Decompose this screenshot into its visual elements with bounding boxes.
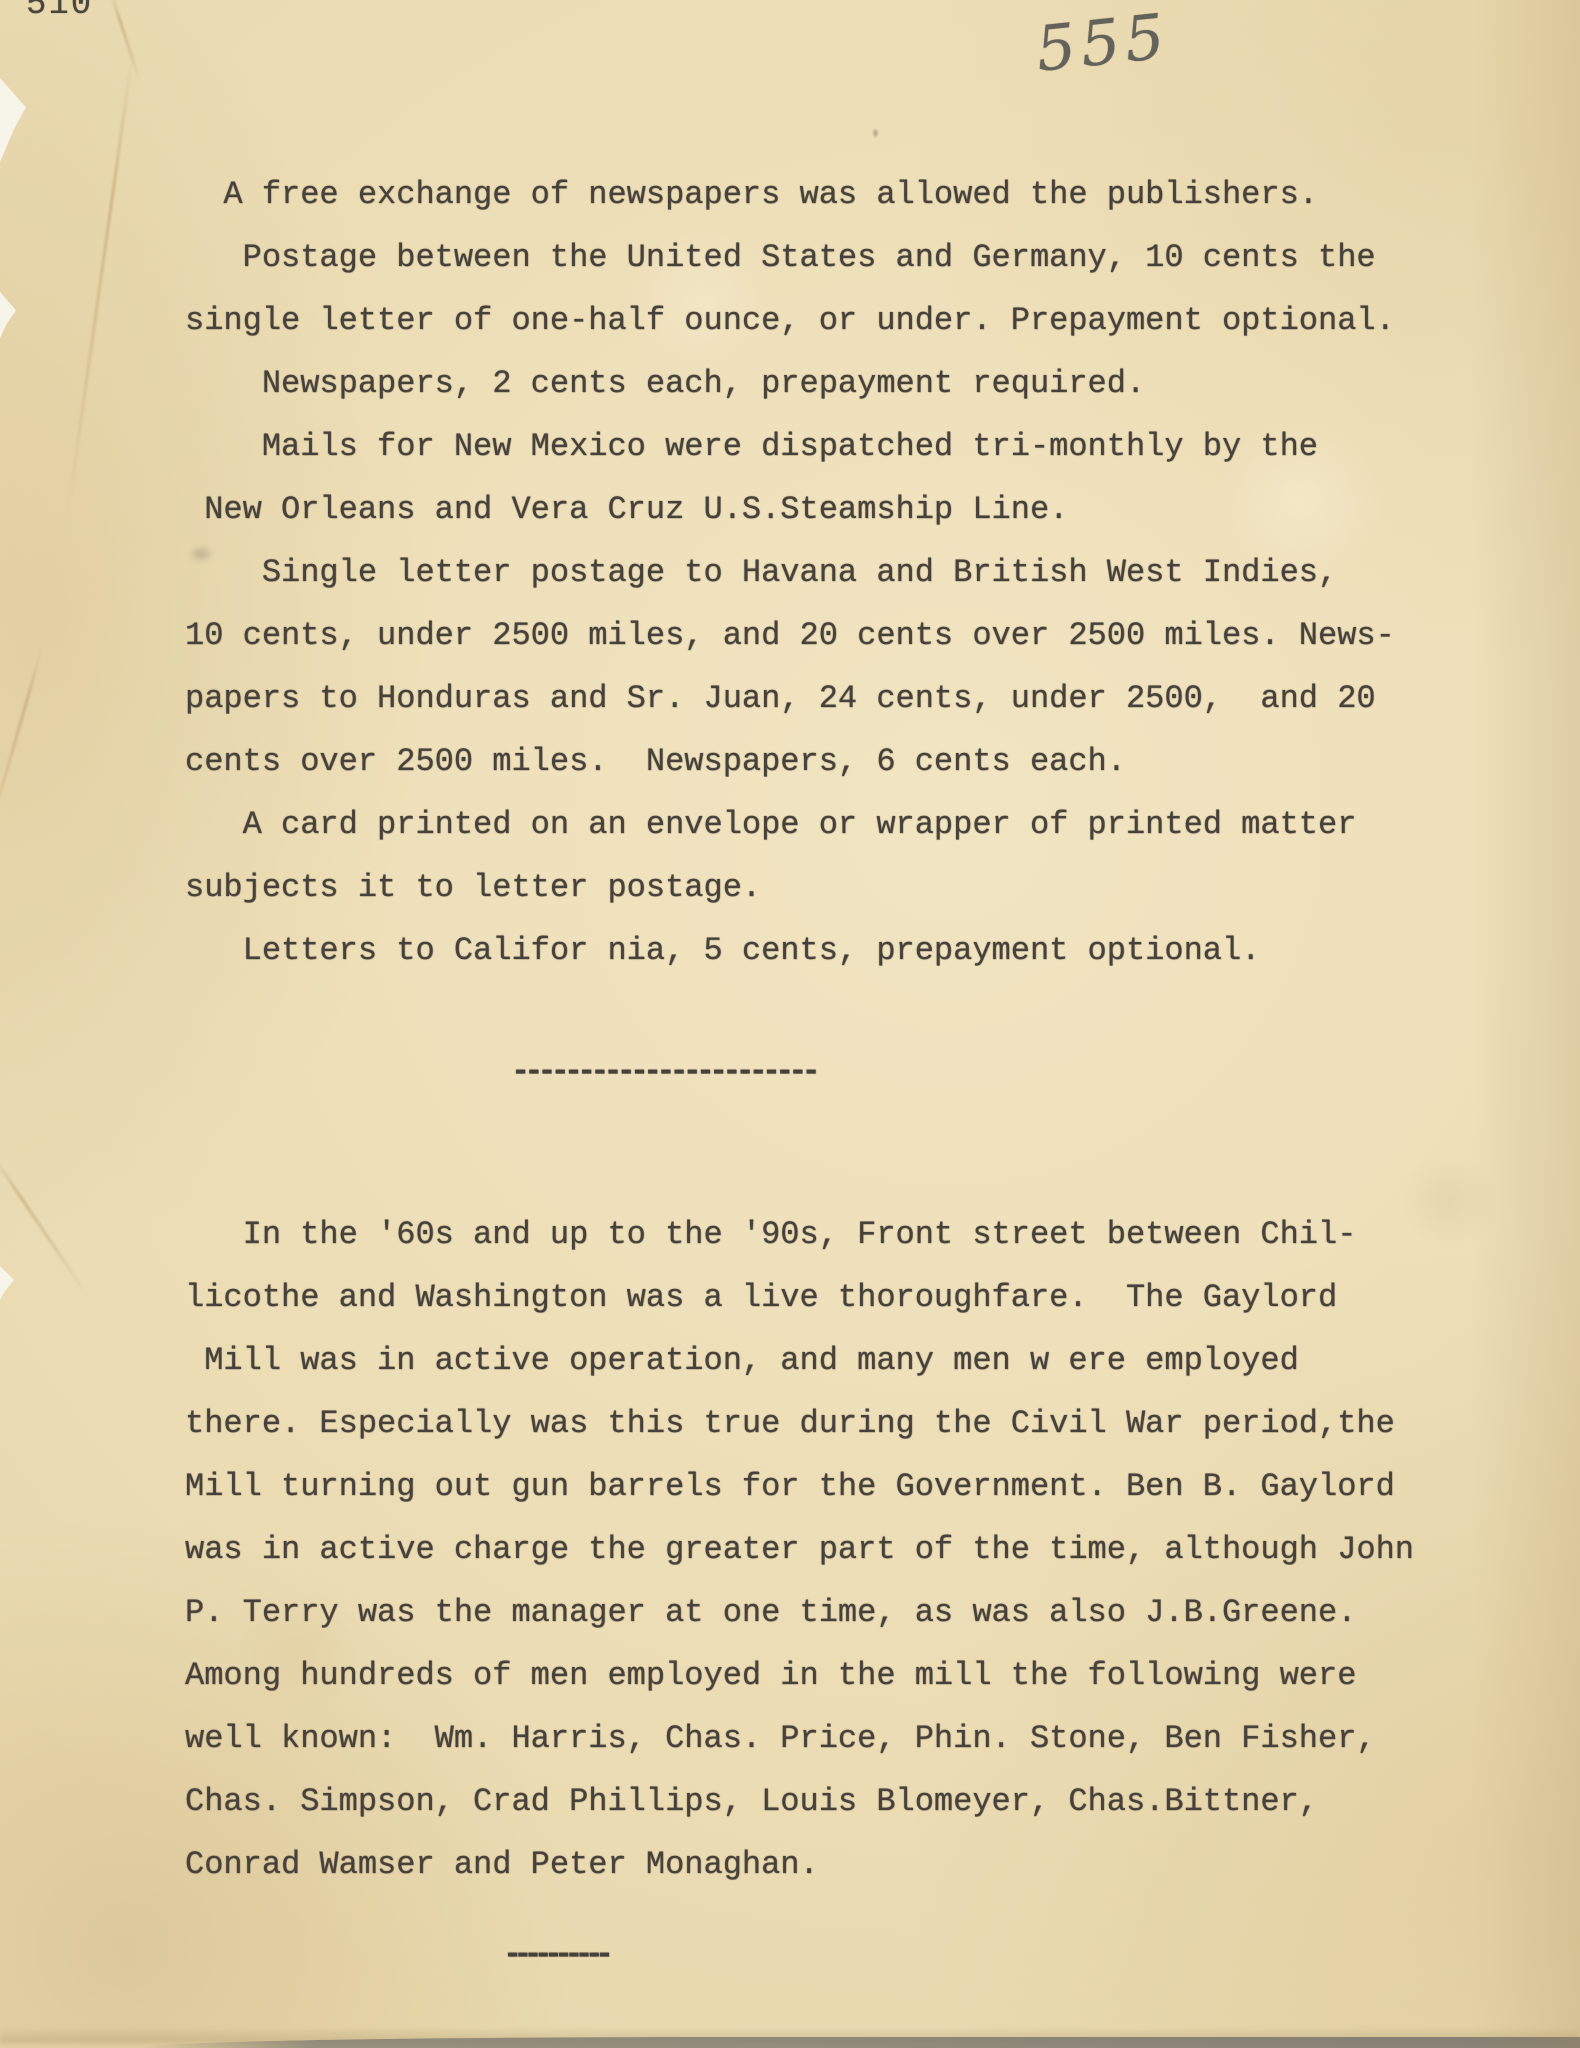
typed-line: A free exchange of newspapers was allowe… xyxy=(185,163,1580,226)
typed-line: Postage between the United States and Ge… xyxy=(185,226,1580,289)
paragraph-postal-rates: A free exchange of newspapers was allowe… xyxy=(185,163,1580,982)
typed-line: Mill was in active operation, and many m… xyxy=(185,1329,1580,1392)
ink-speck xyxy=(872,128,879,138)
typed-line: In the '60s and up to the '90s, Front st… xyxy=(185,1203,1580,1266)
dashed-divider: ----------------------- xyxy=(185,1040,1580,1103)
paper-tear xyxy=(0,78,26,162)
typed-text-column: A free exchange of newspapers was allowe… xyxy=(185,163,1580,1986)
typed-line: Chas. Simpson, Crad Phillips, Louis Blom… xyxy=(185,1770,1580,1833)
paper-crease xyxy=(65,50,135,526)
ink-smudge xyxy=(188,545,214,563)
paper-crease xyxy=(0,1154,88,1297)
paper-crease xyxy=(0,643,45,836)
typed-line: there. Especially was this true during t… xyxy=(185,1392,1580,1455)
typed-line: single letter of one-half ounce, or unde… xyxy=(185,289,1580,352)
typed-line: Mill turning out gun barrels for the Gov… xyxy=(185,1455,1580,1518)
typed-line: Among hundreds of men employed in the mi… xyxy=(185,1644,1580,1707)
paper-tear xyxy=(0,1262,14,1302)
typed-line: Newspapers, 2 cents each, prepayment req… xyxy=(185,352,1580,415)
typed-line: A card printed on an envelope or wrapper… xyxy=(185,793,1580,856)
typed-line: P. Terry was the manager at one time, as… xyxy=(185,1581,1580,1644)
paragraph-gaylord-mill: In the '60s and up to the '90s, Front st… xyxy=(185,1203,1580,1896)
typed-page-number: 510 xyxy=(26,0,93,24)
typed-line: Single letter postage to Havana and Brit… xyxy=(185,541,1580,604)
typed-line: was in active charge the greater part of… xyxy=(185,1518,1580,1581)
typed-line: cents over 2500 miles. Newspapers, 6 cen… xyxy=(185,730,1580,793)
scanner-background-edge xyxy=(140,2037,1580,2048)
dashed-divider: ---------- xyxy=(185,1923,1580,1986)
typed-line: subjects it to letter postage. xyxy=(185,856,1580,919)
paper-crease xyxy=(109,0,141,83)
paper-tear xyxy=(0,292,16,338)
handwritten-page-number: 555 xyxy=(1033,0,1173,86)
typed-line: Mails for New Mexico were dispatched tri… xyxy=(185,415,1580,478)
typed-line: Conrad Wamser and Peter Monaghan. xyxy=(185,1833,1580,1896)
typed-line: Letters to Califor nia, 5 cents, prepaym… xyxy=(185,919,1580,982)
typed-line: 10 cents, under 2500 miles, and 20 cents… xyxy=(185,604,1580,667)
typed-line: well known: Wm. Harris, Chas. Price, Phi… xyxy=(185,1707,1580,1770)
scanned-document-page: 510 555 A free exchange of newspapers wa… xyxy=(0,0,1580,2048)
typed-line: papers to Honduras and Sr. Juan, 24 cent… xyxy=(185,667,1580,730)
typed-line: licothe and Washington was a live thorou… xyxy=(185,1266,1580,1329)
typed-line: New Orleans and Vera Cruz U.S.Steamship … xyxy=(185,478,1580,541)
